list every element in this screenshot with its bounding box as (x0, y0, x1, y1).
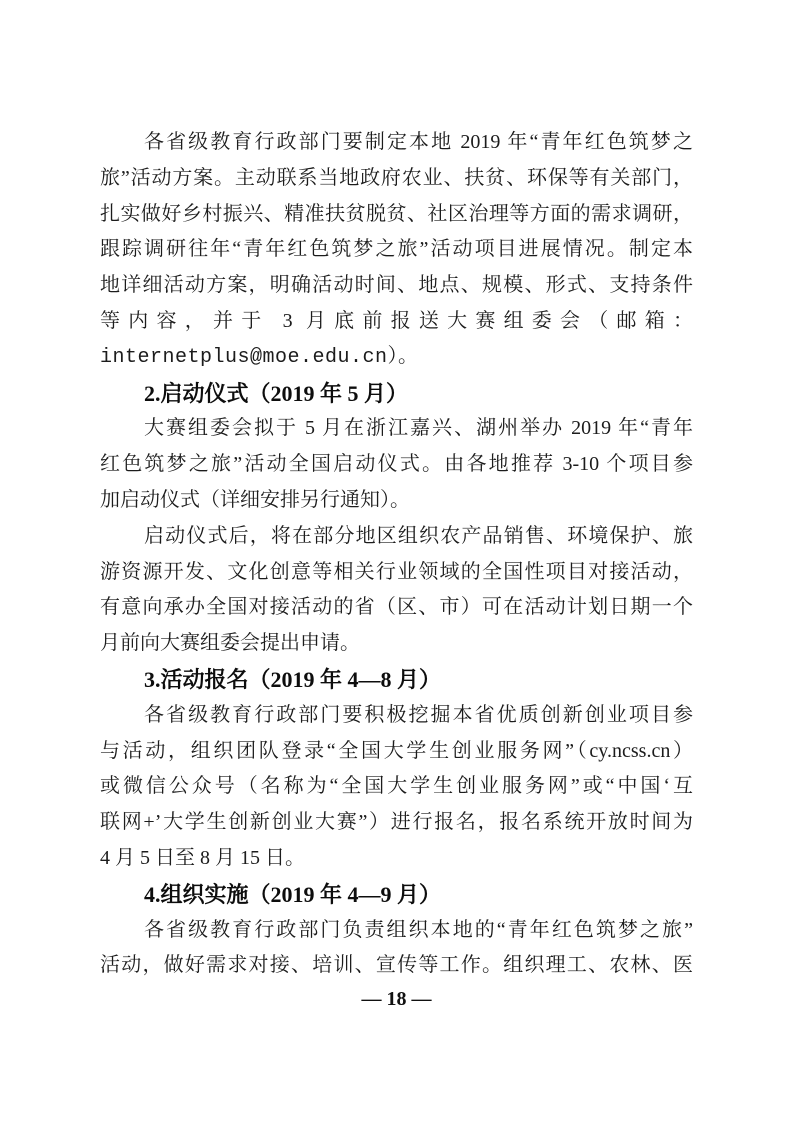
paragraph-line: 与活动，组织团队登录“全国大学生创业服务网”（cy.ncss.cn） (100, 734, 693, 770)
section-heading-registration: 3.活动报名（2019 年 4—8 月） (100, 662, 693, 698)
paragraph-line: 扎实做好乡村振兴、精准扶贫脱贫、社区治理等方面的需求调研， (100, 197, 693, 233)
paragraph-line: 地详细活动方案，明确活动时间、地点、规模、形式、支持条件 (100, 268, 693, 304)
paragraph-line: 有意向承办全国对接活动的省（区、市）可在活动计划日期一个 (100, 590, 693, 626)
paragraph-line: 4 月 5 日至 8 月 15 日。 (100, 841, 693, 877)
paragraph-line: 各省级教育行政部门要制定本地 2019 年“青年红色筑梦之 (100, 125, 693, 161)
paragraph-line: 联网+’大学生创新创业大赛”）进行报名，报名系统开放时间为 (100, 805, 693, 841)
text-block: 各省级教育行政部门要制定本地 2019 年“青年红色筑梦之 旅”活动方案。主动联… (100, 125, 693, 984)
paragraph-line: 红色筑梦之旅”活动全国启动仪式。由各地推荐 3-10 个项目参 (100, 447, 693, 483)
paragraph-line: 或微信公众号（名称为“全国大学生创业服务网”或“中国‘互 (100, 769, 693, 805)
paragraph-line: 大赛组委会拟于 5 月在浙江嘉兴、湖州举办 2019 年“青年 (100, 411, 693, 447)
document-page: 各省级教育行政部门要制定本地 2019 年“青年红色筑梦之 旅”活动方案。主动联… (0, 0, 793, 1122)
paragraph-line: 启动仪式后，将在部分地区组织农产品销售、环境保护、旅 (100, 519, 693, 555)
paragraph-line: 各省级教育行政部门要积极挖掘本省优质创新创业项目参 (100, 698, 693, 734)
section-heading-implementation: 4.组织实施（2019 年 4—9 月） (100, 877, 693, 913)
paragraph-line: 活动，做好需求对接、培训、宣传等工作。组织理工、农林、医 (100, 948, 693, 984)
section-heading-launch-ceremony: 2.启动仪式（2019 年 5 月） (100, 376, 693, 412)
paragraph-line: 等内容，并于 3 月底前报送大赛组委会（邮箱： (100, 304, 693, 340)
paragraph-line: 月前向大赛组委会提出申请。 (100, 626, 693, 662)
page-number: — 18 — (0, 988, 793, 1011)
paragraph-line: 旅”活动方案。主动联系当地政府农业、扶贫、环保等有关部门， (100, 161, 693, 197)
email-line: internetplus@moe.edu.cn）。 (100, 340, 693, 376)
paragraph-line: 各省级教育行政部门负责组织本地的“青年红色筑梦之旅” (100, 913, 693, 949)
paragraph-line: 游资源开发、文化创意等相关行业领域的全国性项目对接活动， (100, 555, 693, 591)
paragraph-line: 跟踪调研往年“青年红色筑梦之旅”活动项目进展情况。制定本 (100, 232, 693, 268)
paragraph-line: 加启动仪式（详细安排另行通知）。 (100, 483, 693, 519)
